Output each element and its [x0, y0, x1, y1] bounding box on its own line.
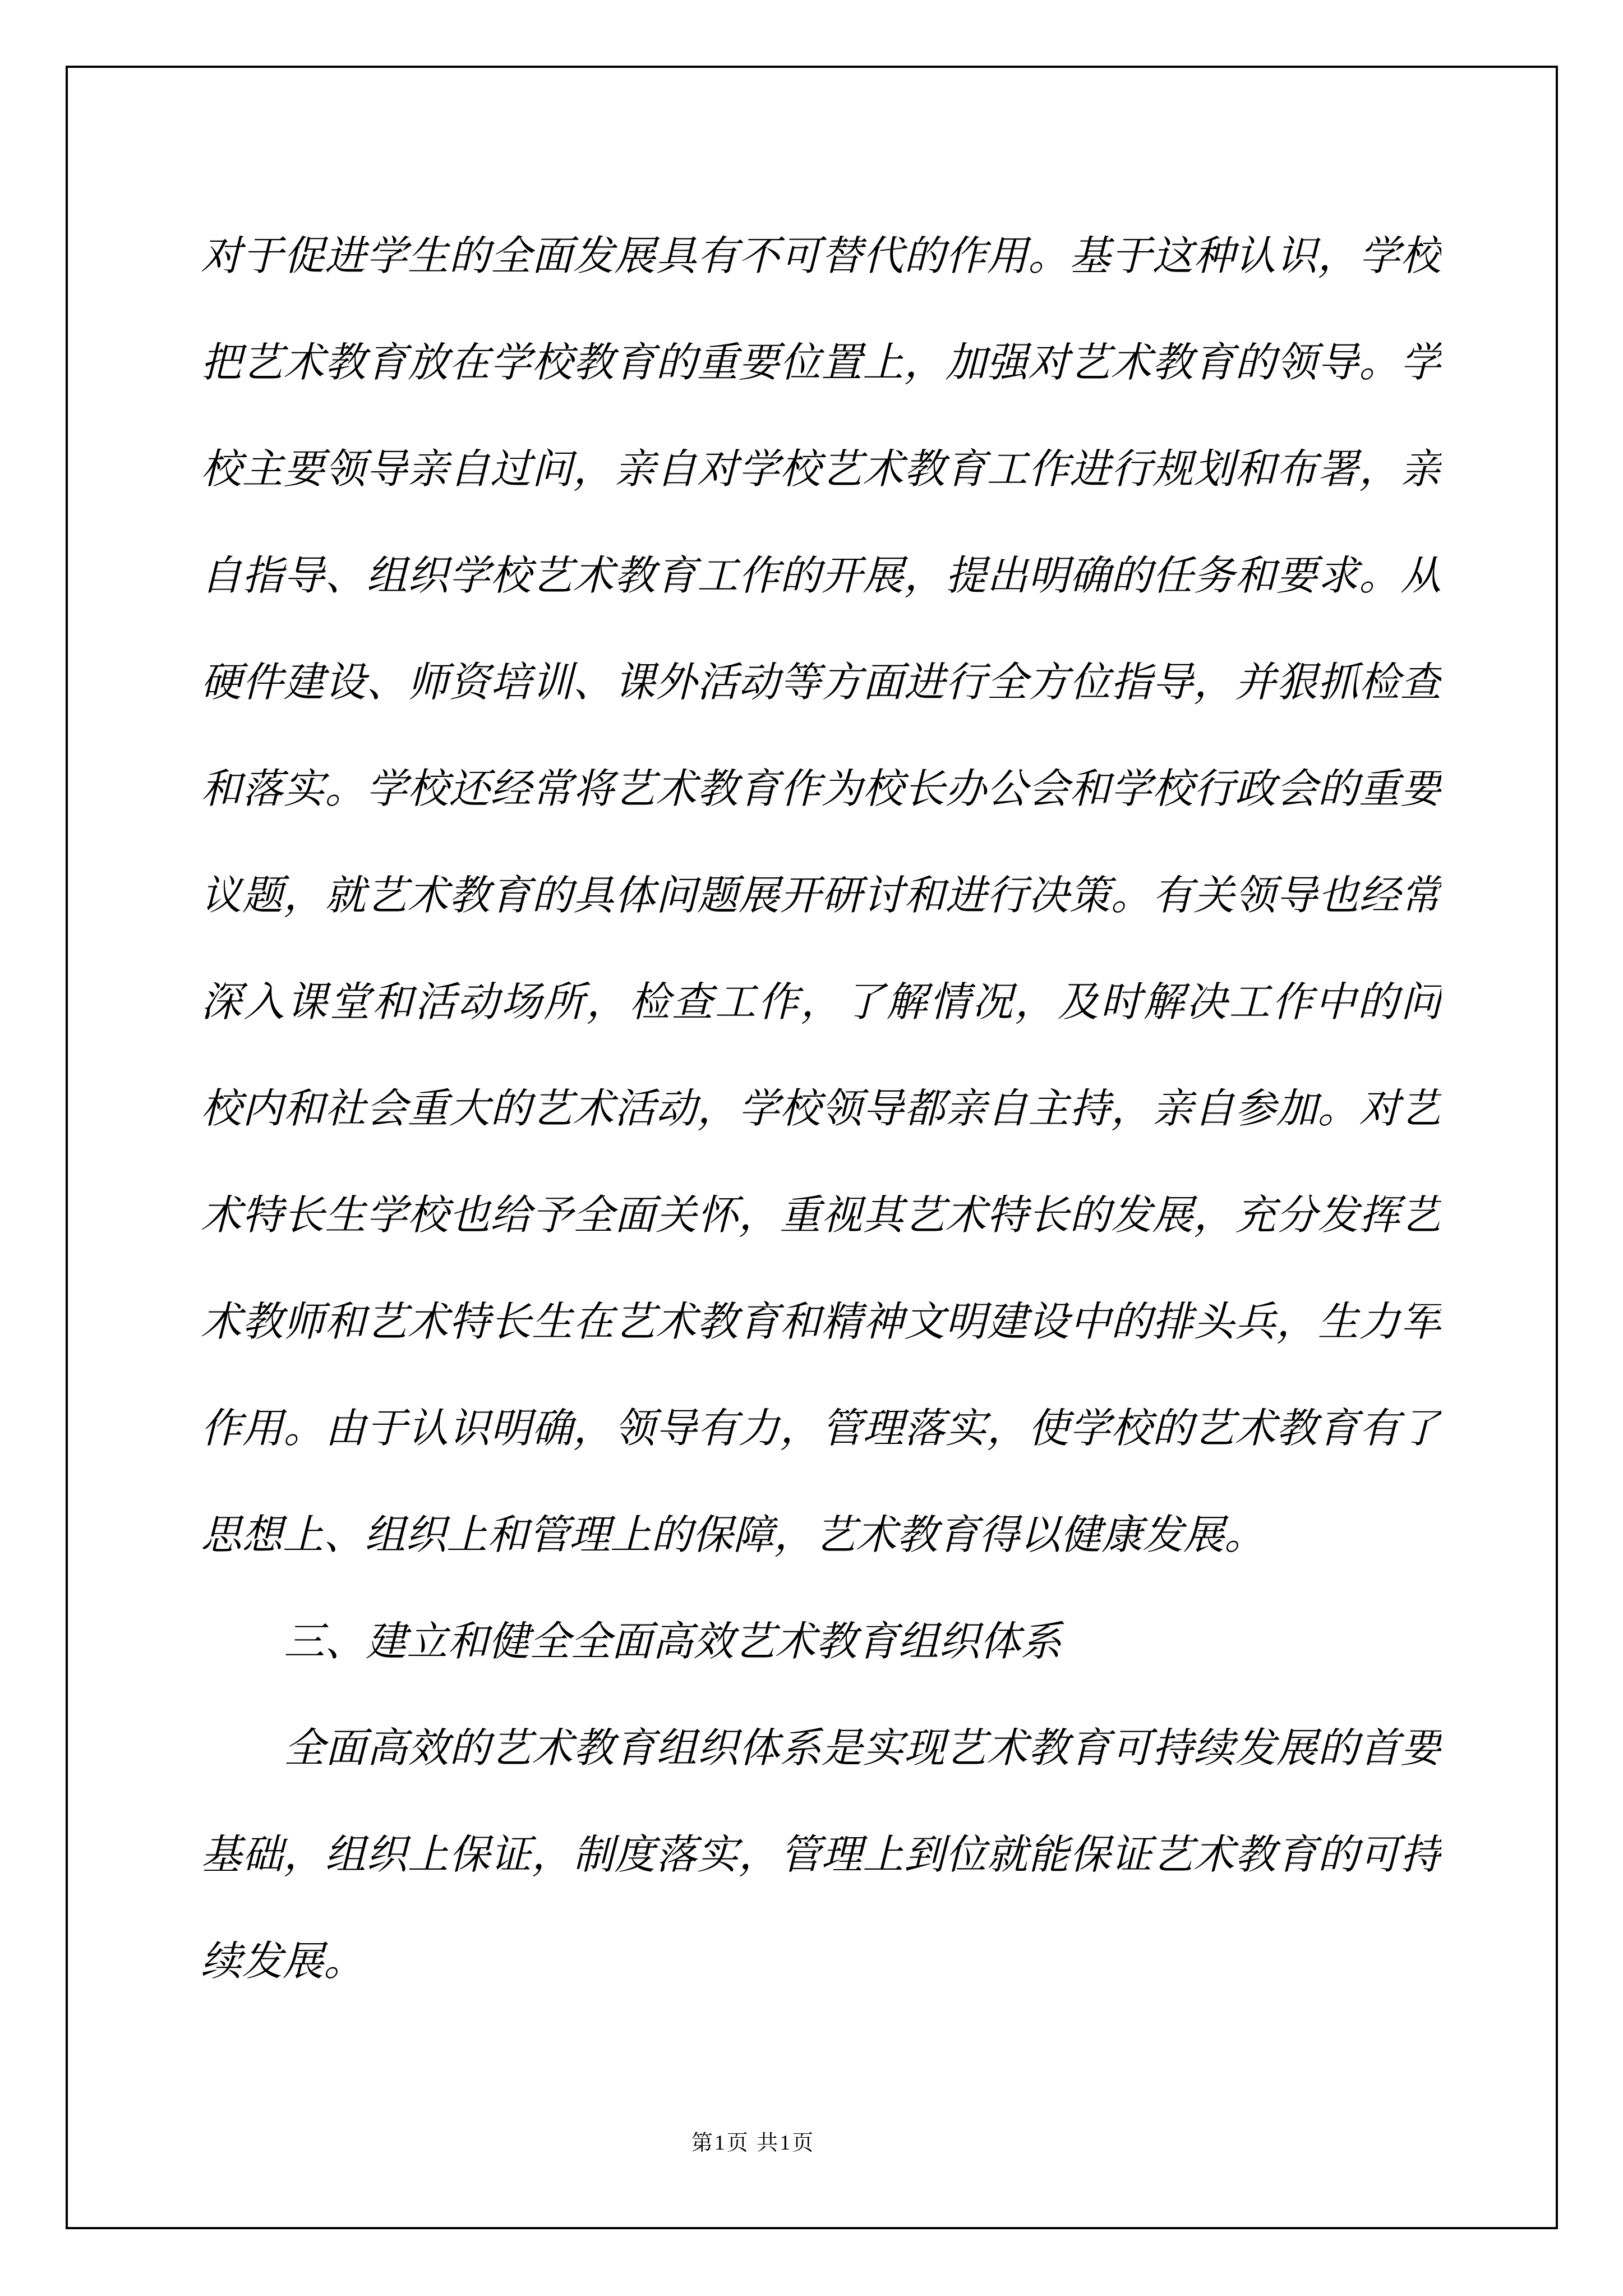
text-line: 和落实。学校还经常将艺术教育作为校长办公会和学校行政会的重要: [201, 736, 1441, 843]
text-line: 校主要领导亲自过问，亲自对学校艺术教育工作进行规划和布署，亲: [201, 416, 1441, 523]
text-line: 术特长生学校也给予全面关怀，重视其艺术特长的发展，充分发挥艺: [201, 1162, 1441, 1269]
text-line: 自指导、组织学校艺术教育工作的开展，提出明确的任务和要求。从: [201, 523, 1441, 629]
text-line: 对于促进学生的全面发展具有不可替代的作用。基于这种认识，学校: [201, 203, 1441, 310]
text-line: 把艺术教育放在学校教育的重要位置上，加强对艺术教育的领导。学: [201, 310, 1441, 416]
section-heading: 三、建立和健全全面高效艺术教育组织体系: [201, 1589, 1441, 1695]
page-footer: 第1页 共1页: [691, 2129, 815, 2157]
text-line: 术教师和艺术特长生在艺术教育和精神文明建设中的排头兵，生力军: [201, 1269, 1441, 1375]
page-indicator: 第1页 共1页: [691, 2131, 815, 2155]
text-line: 校内和社会重大的艺术活动，学校领导都亲自主持，亲自参加。对艺: [201, 1056, 1441, 1162]
text-line: 思想上、组织上和管理上的保障，艺术教育得以健康发展。: [201, 1482, 1441, 1589]
text-line: 续发展。: [201, 1908, 1441, 2015]
text-line: 深入课堂和活动场所，检查工作，了解情况，及时解决工作中的问题。: [201, 949, 1441, 1056]
text-line: 议题，就艺术教育的具体问题展开研讨和进行决策。有关领导也经常: [201, 843, 1441, 949]
text-line: 基础，组织上保证，制度落实，管理上到位就能保证艺术教育的可持: [201, 1802, 1441, 1908]
page: 对于促进学生的全面发展具有不可替代的作用。基于这种认识，学校 把艺术教育放在学校…: [0, 0, 1623, 2296]
document-text: 对于促进学生的全面发展具有不可替代的作用。基于这种认识，学校 把艺术教育放在学校…: [201, 203, 1441, 2015]
text-line: 全面高效的艺术教育组织体系是实现艺术教育可持续发展的首要: [201, 1695, 1441, 1802]
text-line: 硬件建设、师资培训、课外活动等方面进行全方位指导，并狠抓检查: [201, 629, 1441, 736]
text-line: 作用。由于认识明确，领导有力，管理落实，使学校的艺术教育有了: [201, 1375, 1441, 1482]
